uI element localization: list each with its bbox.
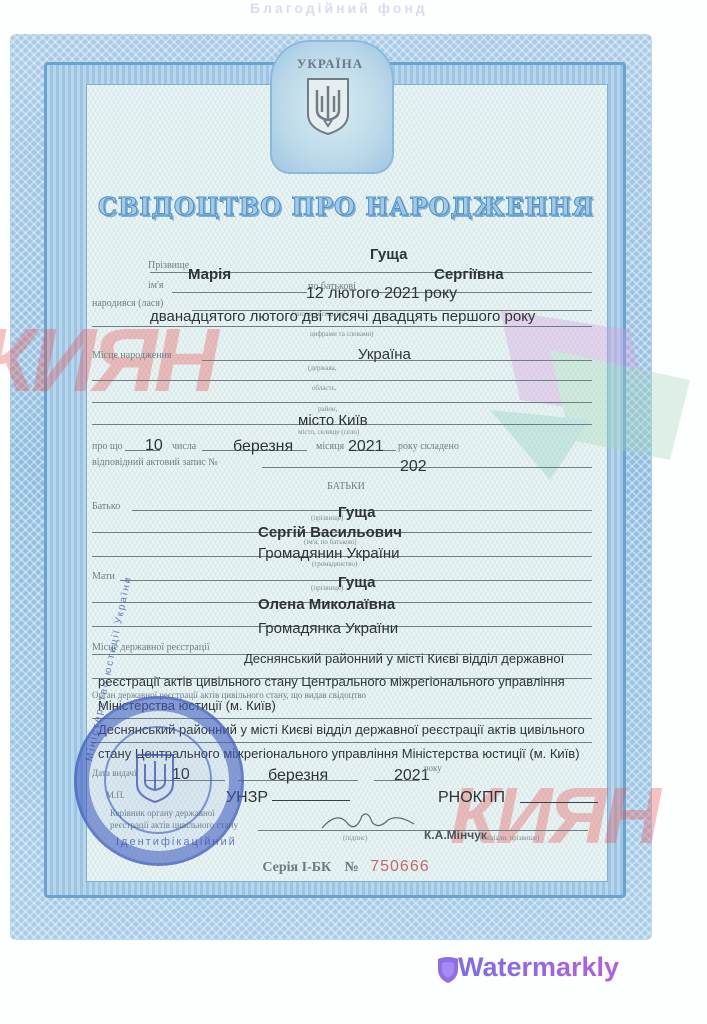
child-surname: Гуща	[370, 246, 407, 263]
about-label: про що	[92, 441, 123, 452]
line	[92, 402, 592, 403]
child-patronymic: Сергіївна	[434, 266, 504, 283]
line	[262, 467, 592, 468]
parents-heading: БАТЬКИ	[86, 481, 606, 492]
rnokpp-label: РНОКПП	[438, 789, 505, 807]
father-surname: Гуща	[338, 504, 375, 521]
birthplace-city: місто Київ	[298, 412, 368, 429]
record-month: березня	[233, 438, 293, 456]
registration-place-2: реєстрації актів цивільного стану Центра…	[98, 674, 565, 689]
issue-year-label: року	[424, 763, 442, 773]
act-number: 202	[400, 458, 427, 476]
line	[258, 830, 588, 831]
signature	[318, 806, 418, 836]
mother-surname: Гуща	[338, 574, 375, 591]
mother-citizenship: Громадянка України	[258, 620, 398, 637]
number-sign: №	[345, 860, 359, 875]
country-caption: (держава,	[308, 364, 337, 372]
watermark-text: Watermarkly	[458, 952, 619, 983]
ghost-text-right: КИЯН	[450, 770, 657, 862]
series-number: Серія І-БК № 750666	[86, 858, 606, 876]
region-caption: область,	[312, 384, 337, 392]
year-label: року складено	[398, 441, 459, 452]
record-day: 10	[145, 437, 163, 455]
words-caption: цифрами та словами)	[310, 330, 374, 338]
father-label: Батько	[92, 501, 120, 512]
signature-caption: (підпис)	[343, 834, 368, 842]
unzr-field	[272, 800, 350, 801]
record-year: 2021	[348, 438, 384, 456]
mother-name: Олена Миколаївна	[258, 596, 395, 613]
certificate-number: 750666	[370, 858, 429, 875]
document-title: СВІДОЦТВО ПРО НАРОДЖЕННЯ	[86, 192, 606, 221]
country-label: УКРАЇНА	[270, 56, 390, 72]
line	[92, 380, 592, 381]
month-label: місяця	[316, 441, 344, 452]
birthplace-country: Україна	[358, 346, 411, 363]
child-name: Марія	[188, 266, 231, 283]
act-label: відповідний актовий запис №	[92, 457, 218, 468]
line	[172, 292, 307, 293]
registration-place-1: Деснянський районний у місті Києві відді…	[244, 651, 564, 666]
trident-shield-icon	[305, 76, 351, 136]
issue-month: березня	[268, 767, 328, 785]
surname-label: Прізвище	[148, 260, 189, 271]
mother-label: Мати	[92, 571, 115, 582]
shield-icon	[436, 956, 460, 984]
citizenship-caption: (громадянство)	[312, 560, 357, 568]
head-name: К.А.Мінчук	[424, 828, 487, 842]
birth-date-digits: 12 лютого 2021 року	[306, 285, 457, 303]
day-label: числа	[172, 441, 196, 452]
rnokpp-field	[520, 802, 598, 803]
faded-header-text: Благодійний фонд	[250, 0, 428, 16]
line	[92, 326, 592, 327]
stamp-bottom-text: Ідентифікаційний	[116, 836, 237, 848]
city-caption: місто, селище (село)	[298, 428, 359, 436]
birthplace-label: Місце народження	[92, 350, 172, 361]
head-name-caption: (ініціали, прізвище)	[480, 834, 539, 842]
trident-stamp-icon	[134, 752, 176, 804]
series-label: Серія І-БК	[262, 860, 331, 875]
name-label: ім'я	[148, 280, 164, 291]
birth-date-words: дванадцятого лютого дві тисячі двадцять …	[150, 308, 535, 325]
